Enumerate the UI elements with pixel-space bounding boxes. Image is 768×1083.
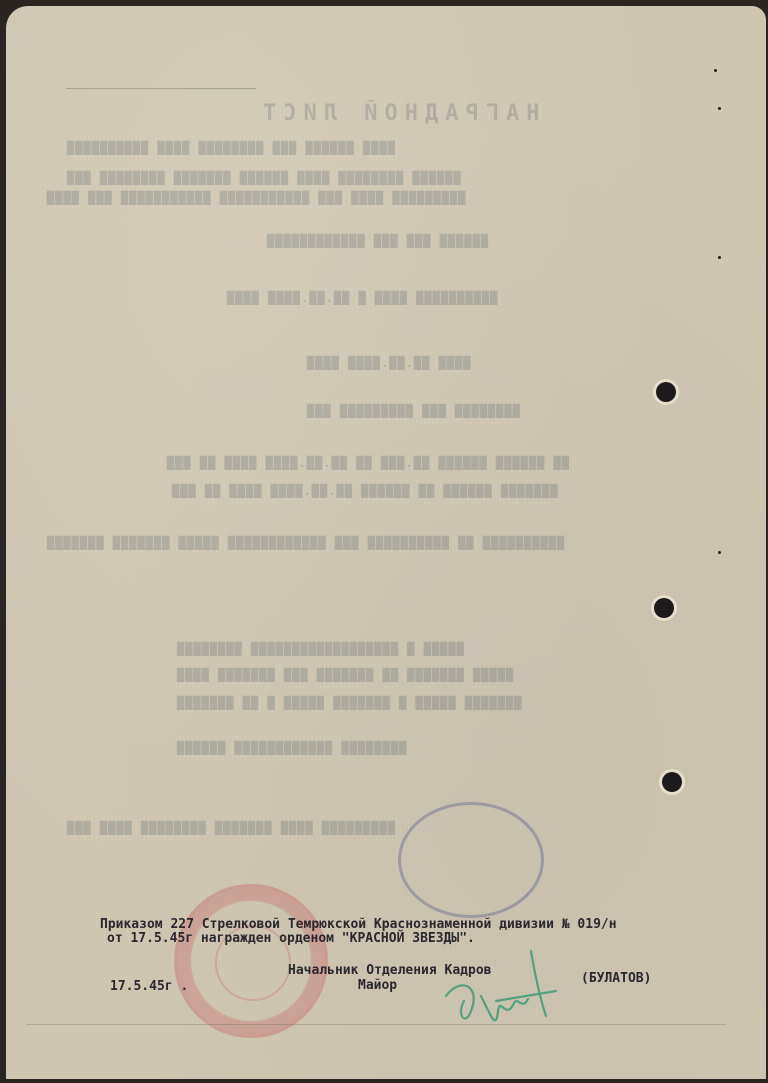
bottom-rule: [26, 1024, 726, 1025]
bleed-line: ████ ██.██.████ ████: [306, 356, 471, 370]
speck: [714, 69, 717, 72]
bleed-line: ████ ██████ ███ ████████ ████ ██████████: [66, 141, 395, 155]
bleed-line: ███████ ██████ ██ ██████ ██.██.████ ████…: [171, 484, 558, 498]
bleed-line: █████ █ ██████████████████ ████████: [176, 642, 464, 656]
bleed-line: ██ ██████ ██████ ██.███ ██ ██.██.████ ██…: [166, 456, 569, 470]
speck: [718, 107, 721, 110]
punch-hole: [656, 382, 676, 402]
bleed-line: █████████ ████ ███ ███████████ █████████…: [46, 191, 465, 205]
red-round-seal: [174, 884, 328, 1038]
bleed-line: ██████ ███ ███ ████████████: [266, 234, 488, 248]
bleed-line: ██████ ████████ ████ ██████ ███████ ████…: [66, 171, 461, 185]
handwritten-signature: [436, 941, 566, 1036]
bleed-line: ████████ ████████████ ██████: [176, 741, 406, 755]
signatory-rank: Майор: [358, 978, 397, 993]
speck: [718, 256, 721, 259]
blue-round-seal: [398, 802, 544, 918]
punch-hole: [654, 598, 674, 618]
speck: [718, 551, 721, 554]
document-page: НАГРАДНОЙ ЛИСТ ████ ██████ ███ ████████ …: [6, 6, 766, 1079]
bleed-line: ███████ █████ █ ███████ █████ █ ██ █████…: [176, 696, 521, 710]
bleed-line: █████████ ████ ███████ ████████ ████ ███: [66, 821, 395, 835]
bleed-line: ██████████ ██ ██████████ ███ ███████████…: [46, 536, 564, 550]
signature-date: 17.5.45г .: [110, 979, 188, 994]
signatory-name: (БУЛАТОВ): [581, 971, 651, 986]
bleed-through-title: НАГРАДНОЙ ЛИСТ: [256, 101, 539, 126]
bleed-rule: [66, 88, 256, 89]
bleed-line: ████████ ███ █████████ ███: [306, 404, 520, 418]
punch-hole: [662, 772, 682, 792]
order-line-2: от 17.5.45г награжден орденом "КРАСНОЙ З…: [107, 931, 475, 946]
order-line-1: Приказом 227 Стрелковой Темрюкской Красн…: [100, 917, 617, 932]
bleed-line: █████ ███████ ██ ███████ ███ ███████ ███…: [176, 668, 513, 682]
bleed-line: ██████████ ████ █ ██.██.████ ████: [226, 291, 497, 305]
